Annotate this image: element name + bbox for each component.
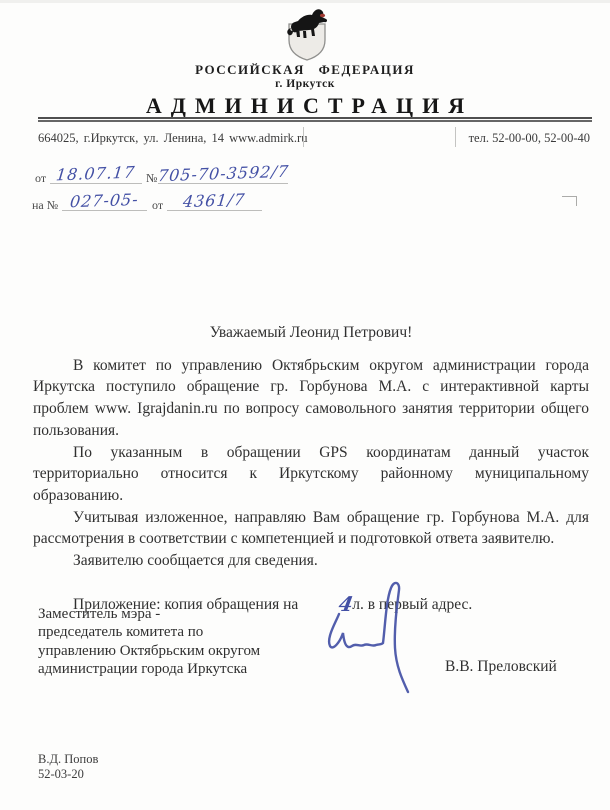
executor-block: В.Д. Попов 52-03-20 xyxy=(38,752,98,782)
handwritten-signature xyxy=(312,576,412,706)
stamp-corner-mark xyxy=(562,196,577,206)
contact-phone: тел. 52-00-00, 52-00-40 xyxy=(469,131,590,146)
ref-from-value: 18.07.17 xyxy=(55,163,136,185)
executor-phone: 52-03-20 xyxy=(38,767,98,782)
paragraph: По указанным в обращении GPS координатам… xyxy=(33,442,589,507)
letter-body: Уважаемый Леонид Петрович! В комитет по … xyxy=(33,322,589,615)
ref-reply-from-label: от xyxy=(152,198,163,213)
signer-position-line: управлению Октябрьским округом xyxy=(38,642,260,660)
contact-divider xyxy=(303,127,304,147)
ref-reply-field: 027-05- xyxy=(62,191,147,211)
paragraph: Учитывая изложенное, направляю Вам обращ… xyxy=(33,507,589,550)
ref-from-label: от xyxy=(35,171,46,186)
header-country: РОССИЙСКАЯ ФЕДЕРАЦИЯ xyxy=(0,62,610,78)
letter-page: РОССИЙСКАЯ ФЕДЕРАЦИЯ г. Иркутск АДМИНИСТ… xyxy=(0,0,610,810)
contact-address: 664025, г.Иркутск, ул. Ленина, 14 www.ad… xyxy=(38,131,307,146)
header-org-title: АДМИНИСТРАЦИЯ xyxy=(0,93,610,119)
paragraph: Заявителю сообщается для сведения. xyxy=(33,550,589,572)
ref-number-field: 705-70-3592/7 xyxy=(158,164,288,184)
contact-divider xyxy=(455,127,456,147)
header-city: г. Иркутск xyxy=(0,78,610,90)
ref-reply-label: на № xyxy=(32,198,58,213)
paragraph: В комитет по управлению Октябрьским окру… xyxy=(33,355,589,442)
scan-edge xyxy=(0,0,610,3)
ref-reply-from-value: 4361/7 xyxy=(182,190,246,211)
salutation: Уважаемый Леонид Петрович! xyxy=(33,322,589,344)
signer-position: Заместитель мэра - председатель комитета… xyxy=(38,605,260,678)
ref-number-label: № xyxy=(146,171,157,186)
ref-from-field: 18.07.17 xyxy=(50,164,142,184)
irkutsk-coat-of-arms-icon xyxy=(283,6,331,64)
signer-position-line: председатель комитета по xyxy=(38,623,260,641)
signer-position-line: Заместитель мэра - xyxy=(38,605,260,623)
executor-name: В.Д. Попов xyxy=(38,752,98,767)
signer-name: В.В. Преловский xyxy=(445,658,557,676)
header-rule xyxy=(38,117,592,122)
ref-reply-value: 027-05- xyxy=(69,190,140,211)
ref-reply-from-field: 4361/7 xyxy=(167,191,262,211)
ref-number-value: 705-70-3592/7 xyxy=(157,162,290,186)
signer-position-line: администрации города Иркутска xyxy=(38,660,260,678)
